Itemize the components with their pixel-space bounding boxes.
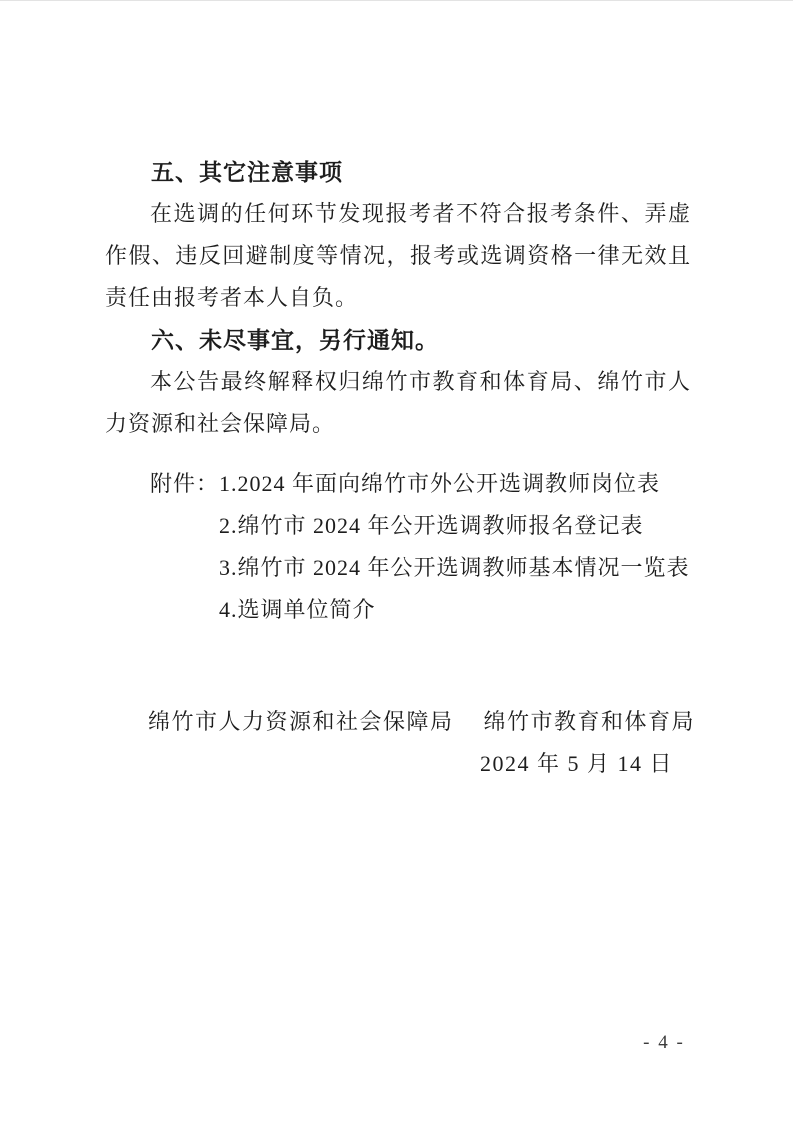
attachment-item-1: 1.2024 年面向绵竹市外公开选调教师岗位表 (219, 463, 691, 505)
signature-agency-education-bureau: 绵竹市教育和体育局 (484, 701, 696, 743)
section-heading-other-notes: 五、其它注意事项 (105, 151, 737, 193)
paragraph-other-notes: 在选调的任何环节发现报考者不符合报考条件、弄虚作假、违反回避制度等情况，报考或选… (105, 193, 691, 319)
attachments-list: 1.2024 年面向绵竹市外公开选调教师岗位表 2.绵竹市 2024 年公开选调… (219, 463, 691, 631)
signature-line: 绵竹市人力资源和社会保障局 绵竹市教育和体育局 (105, 701, 691, 743)
attachments-label: 附件： (150, 463, 219, 505)
signature-date: 2024 年 5 月 14 日 (105, 743, 691, 785)
attachment-item-4: 4.选调单位简介 (219, 589, 691, 631)
attachment-item-3: 3.绵竹市 2024 年公开选调教师基本情况一览表 (219, 547, 691, 589)
attachments-block: 附件： 1.2024 年面向绵竹市外公开选调教师岗位表 2.绵竹市 2024 年… (105, 463, 691, 631)
attachment-item-2: 2.绵竹市 2024 年公开选调教师报名登记表 (219, 505, 691, 547)
signature-agency-hr-bureau: 绵竹市人力资源和社会保障局 (148, 701, 454, 743)
page-number: - 4 - (628, 1031, 700, 1055)
paragraph-interpretation-rights: 本公告最终解释权归绵竹市教育和体育局、绵竹市人力资源和社会保障局。 (105, 361, 691, 445)
document-page: 五、其它注意事项 在选调的任何环节发现报考者不符合报考条件、弄虚作假、违反回避制… (0, 0, 793, 1123)
section-heading-further-notice: 六、未尽事宜，另行通知。 (105, 319, 737, 361)
